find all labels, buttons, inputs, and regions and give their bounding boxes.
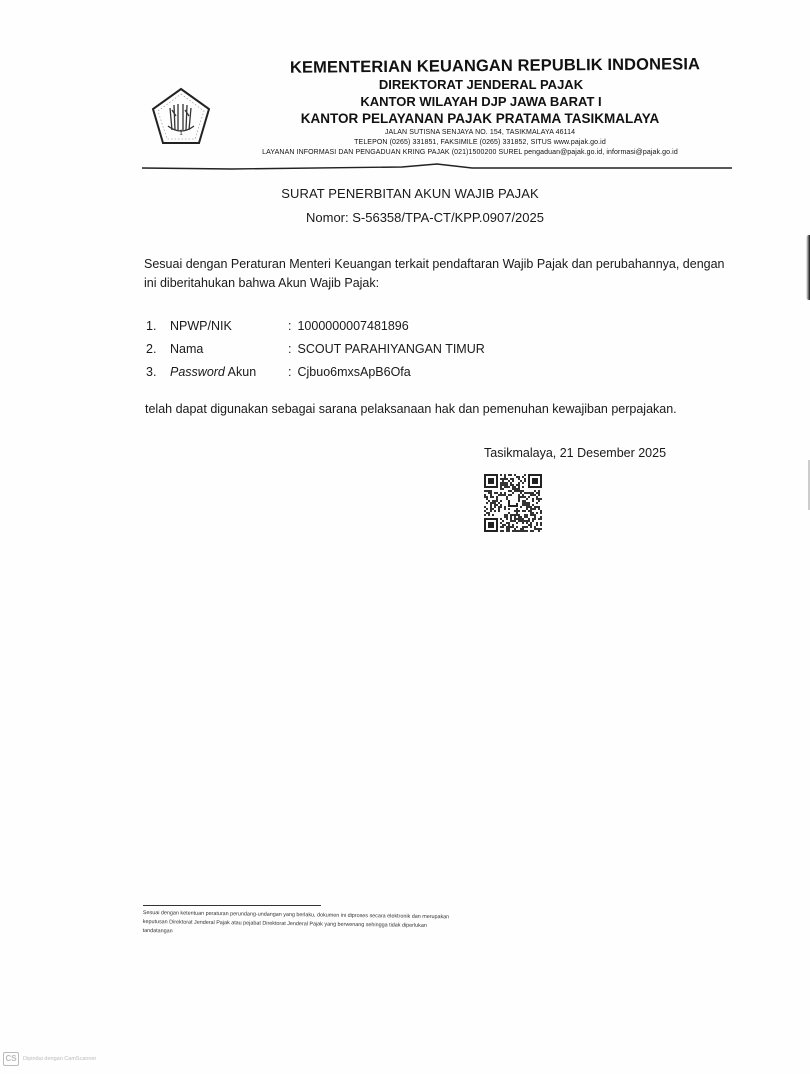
item-label: Nama xyxy=(170,342,288,356)
closing-paragraph: telah dapat digunakan sebagai sarana pel… xyxy=(145,402,745,416)
scanner-watermark: CS Dipindai dengan CamScanner xyxy=(3,1052,96,1066)
directorate-name: DIREKTORAT JENDERAL PAJAK xyxy=(232,76,730,93)
scanned-letter-page: 1 KEMENTERIAN KEUANGAN REPUBLIK INDONESI… xyxy=(0,0,810,1074)
item-value: :1000000007481896 xyxy=(288,319,409,333)
office-address: JALAN SUTISNA SENJAYA NO. 154, TASIKMALA… xyxy=(230,128,730,138)
list-item-nama: 2. Nama :SCOUT PARAHIYANGAN TIMUR xyxy=(146,337,485,360)
regional-office-name: KANTOR WILAYAH DJP JAWA BARAT I xyxy=(232,93,730,110)
item-number: 3. xyxy=(146,365,170,379)
camscanner-logo-icon: CS xyxy=(3,1052,19,1066)
footnote-text: Sesuai dengan ketentuan peraturan perund… xyxy=(143,909,453,940)
scanner-watermark-text: Dipindai dengan CamScanner xyxy=(23,1056,96,1062)
document-title: SURAT PENERBITAN AKUN WAJIB PAJAK xyxy=(200,186,620,201)
intro-paragraph: Sesuai dengan Peraturan Menteri Keuangan… xyxy=(144,255,734,293)
item-label: Password Akun xyxy=(170,365,288,379)
place-and-date: Tasikmalaya, 21 Desember 2025 xyxy=(484,446,666,460)
item-number: 2. xyxy=(146,342,170,356)
office-services: LAYANAN INFORMASI DAN PENGADUAN KRING PA… xyxy=(210,148,730,158)
ministry-name: KEMENTERIAN KEUANGAN REPUBLIK INDONESIA xyxy=(260,54,730,78)
account-details-list: 1. NPWP/NIK :1000000007481896 2. Nama :S… xyxy=(146,314,485,383)
letterhead: KEMENTERIAN KEUANGAN REPUBLIK INDONESIA … xyxy=(220,56,730,158)
item-value: :SCOUT PARAHIYANGAN TIMUR xyxy=(288,342,485,356)
letterhead-divider xyxy=(142,162,732,172)
npwp-value: 1000000007481896 xyxy=(297,319,408,333)
item-label: NPWP/NIK xyxy=(170,319,288,333)
svg-text:1: 1 xyxy=(179,128,183,137)
tax-office-name: KANTOR PELAYANAN PAJAK PRATAMA TASIKMALA… xyxy=(230,110,730,128)
office-contact: TELEPON (0265) 331851, FAKSIMILE (0265) … xyxy=(230,138,730,148)
ministry-emblem-icon: 1 xyxy=(150,86,212,146)
item-value: :Cjbuo6mxsApB6Ofa xyxy=(288,365,411,379)
document-number: Nomor: S-56358/TPA-CT/KPP.0907/2025 xyxy=(200,210,650,225)
name-value: SCOUT PARAHIYANGAN TIMUR xyxy=(297,342,484,356)
list-item-npwp: 1. NPWP/NIK :1000000007481896 xyxy=(146,314,485,337)
item-number: 1. xyxy=(146,319,170,333)
password-value: Cjbuo6mxsApB6Ofa xyxy=(297,365,410,379)
list-item-password: 3. Password Akun :Cjbuo6mxsApB6Ofa xyxy=(146,360,485,383)
scan-edge-shadow xyxy=(806,235,810,300)
qr-code-icon xyxy=(484,474,542,532)
footnote-divider xyxy=(143,905,321,906)
